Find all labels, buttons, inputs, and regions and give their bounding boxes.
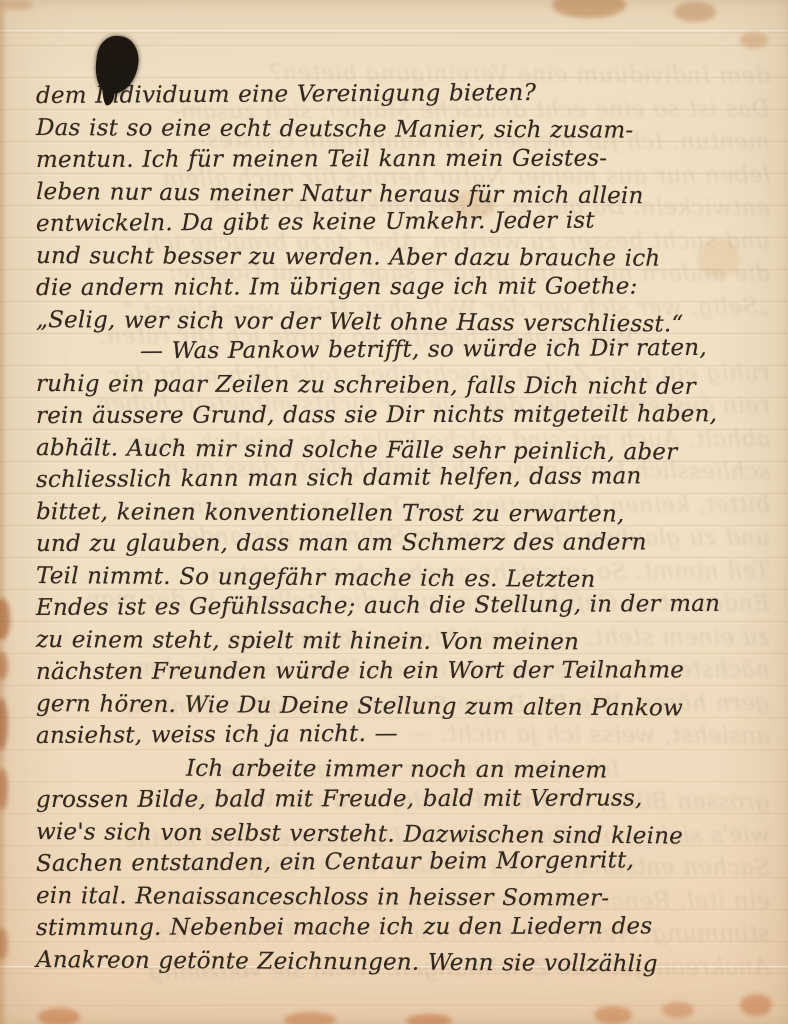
bottom-stain: [740, 994, 772, 1016]
bottom-stain: [284, 1012, 336, 1024]
handwritten-line: schliesslich kann man sich damit helfen,…: [36, 459, 780, 496]
bottom-stain: [38, 1008, 80, 1024]
left-edge-shadow: [0, 0, 7, 1024]
handwritten-line: entwickeln. Da gibt es keine Umkehr. Jed…: [36, 203, 780, 240]
handwritten-line: stimmung. Nebenbei mache ich zu den Lied…: [36, 910, 780, 944]
handwritten-line: mentun. Ich für meinen Teil kann mein Ge…: [36, 142, 780, 176]
handwritten-line: dem Individuum eine Vereinigung bieten?: [36, 75, 780, 112]
handwritten-line: ansiehst, weiss ich ja nicht. —: [36, 715, 780, 752]
handwritten-line: nächsten Freunden würde ich ein Wort der…: [36, 654, 780, 688]
bottom-stain: [406, 1014, 452, 1024]
handwritten-line: und zu glauben, dass man am Schmerz des …: [36, 526, 780, 560]
bottom-stain: [594, 1006, 632, 1024]
handwritten-line: Sachen entstanden, ein Centaur beim Morg…: [36, 843, 780, 880]
fox-spot: [674, 2, 716, 22]
scanned-letter-page: dem Individuum eine Vereinigung bieten?D…: [0, 0, 788, 1024]
handwritten-line: Anakreon getönte Zeichnungen. Wenn sie v…: [36, 944, 780, 981]
handwritten-line: grossen Bilde, bald mit Freude, bald mit…: [36, 782, 780, 816]
fox-spot: [740, 32, 768, 48]
handwritten-line: Endes ist es Gefühlssache; auch die Stel…: [36, 587, 780, 624]
fold-crease-top: [0, 30, 788, 34]
handwritten-line: rein äussere Grund, dass sie Dir nichts …: [36, 398, 780, 432]
bottom-stain: [662, 1002, 694, 1018]
handwritten-text: dem Individuum eine Vereinigung bieten?D…: [36, 80, 780, 976]
handwritten-line: — Was Pankow betrifft, so würde ich Dir …: [36, 331, 780, 368]
handwritten-line: die andern nicht. Im übrigen sage ich mi…: [36, 270, 780, 304]
